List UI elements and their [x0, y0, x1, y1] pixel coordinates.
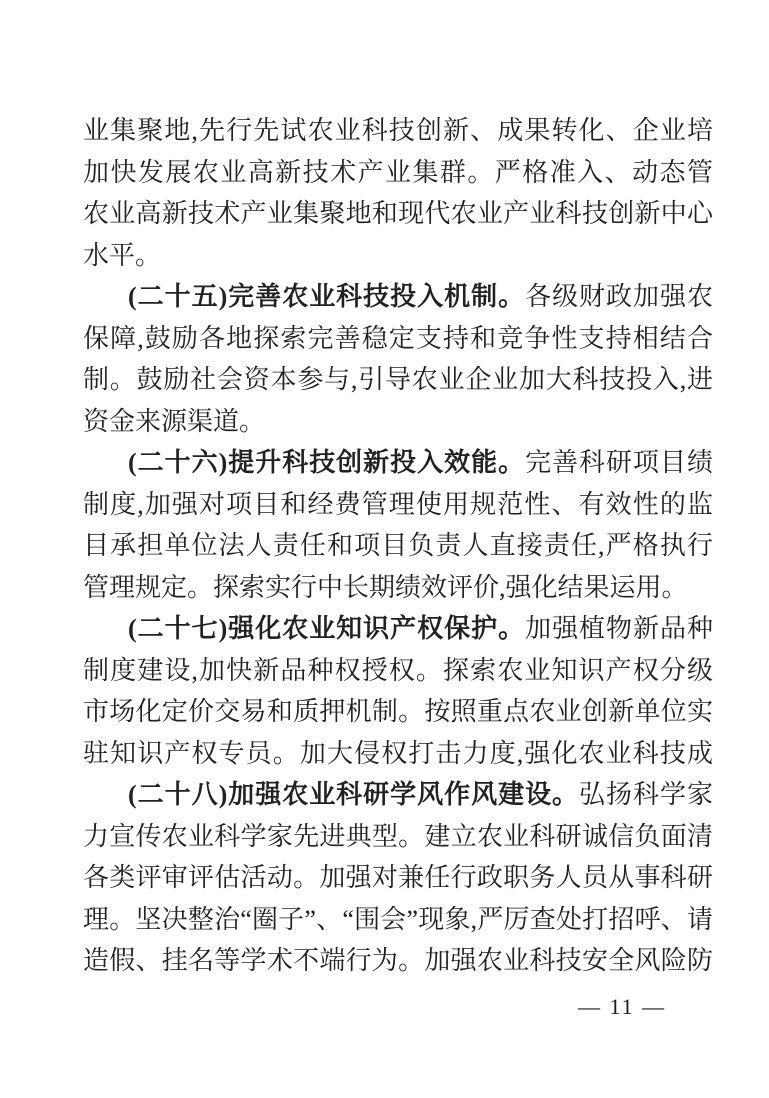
text-line: 加快发展农业高新技术产业集群。严格准入、动态管理,提高国家 [83, 152, 713, 194]
text-line: 市场化定价交易和质押机制。按照重点农业创新单位实际需求派 [83, 691, 713, 733]
section-heading: (二十六)提升科技创新投入效能。 [128, 448, 525, 477]
paragraph-section-27: (二十七)强化农业知识产权保护。加强植物新品种保护等 制度建设,加快新品种权授权… [83, 608, 713, 774]
text-line: 制度建设,加快新品种权授权。探索农业知识产权分级分类评价、 [83, 650, 713, 692]
text-line: 理。坚决整治“圈子”、“围会”现象,严厉查处打招呼、请托、抄袭、 [83, 899, 713, 941]
section-heading: (二十五)完善农业科技投入机制。 [128, 282, 525, 311]
text-line: 力宣传农业科学家先进典型。建立农业科研诚信负面清单,规范 [83, 816, 713, 858]
text-line: 各类评审评估活动。加强对兼任行政职务人员从事科研活动的管 [83, 857, 713, 899]
text-line: 驻知识产权专员。加大侵权打击力度,强化农业科技成果保护。 [83, 733, 713, 775]
text-line: 制。鼓励社会资本参与,引导农业企业加大科技投入,进一步拓宽 [83, 359, 713, 401]
page-number: — 11 — [578, 994, 666, 1020]
text-line: 保障,鼓励各地探索完善稳定支持和竞争性支持相结合的投入机 [83, 318, 713, 360]
text-line: 水平。 [83, 235, 713, 277]
text-line: 农业高新技术产业集聚地和现代农业产业科技创新中心建设 [83, 193, 713, 235]
text-line: (二十八)加强农业科研学风作风建设。弘扬科学家精神,大 [83, 774, 713, 816]
text-line: 业集聚地,先行先试农业科技创新、成果转化、企业培育等新机制, [83, 110, 713, 152]
paragraph-section-25: (二十五)完善农业科技投入机制。各级财政加强农业科技 保障,鼓励各地探索完善稳定… [83, 276, 713, 442]
document-body: 业集聚地,先行先试农业科技创新、成果转化、企业培育等新机制, 加快发展农业高新技… [83, 110, 713, 982]
text-line: 管理规定。探索实行中长期绩效评价,强化结果运用。 [83, 567, 713, 609]
text-line: 制度,加强对项目和经费管理使用规范性、有效性的监督。压实项 [83, 484, 713, 526]
text-line: (二十六)提升科技创新投入效能。完善科研项目绩效管理 [83, 442, 713, 484]
text-line: 造假、挂名等学术不端行为。加强农业科技安全风险防控和科技 [83, 940, 713, 982]
paragraph-continuation: 业集聚地,先行先试农业科技创新、成果转化、企业培育等新机制, 加快发展农业高新技… [83, 110, 713, 276]
text-line: (二十五)完善农业科技投入机制。各级财政加强农业科技 [83, 276, 713, 318]
section-heading: (二十七)强化农业知识产权保护。 [128, 614, 525, 643]
text-line: 资金来源渠道。 [83, 401, 713, 443]
text-line: 目承担单位法人责任和项目负责人直接责任,严格执行财政资金 [83, 525, 713, 567]
paragraph-section-28: (二十八)加强农业科研学风作风建设。弘扬科学家精神,大 力宣传农业科学家先进典型… [83, 774, 713, 982]
document-page: 业集聚地,先行先试农业科技创新、成果转化、企业培育等新机制, 加快发展农业高新技… [0, 0, 769, 1098]
section-heading: (二十八)加强农业科研学风作风建设。 [128, 780, 579, 809]
paragraph-section-26: (二十六)提升科技创新投入效能。完善科研项目绩效管理 制度,加强对项目和经费管理… [83, 442, 713, 608]
text-line: (二十七)强化农业知识产权保护。加强植物新品种保护等 [83, 608, 713, 650]
